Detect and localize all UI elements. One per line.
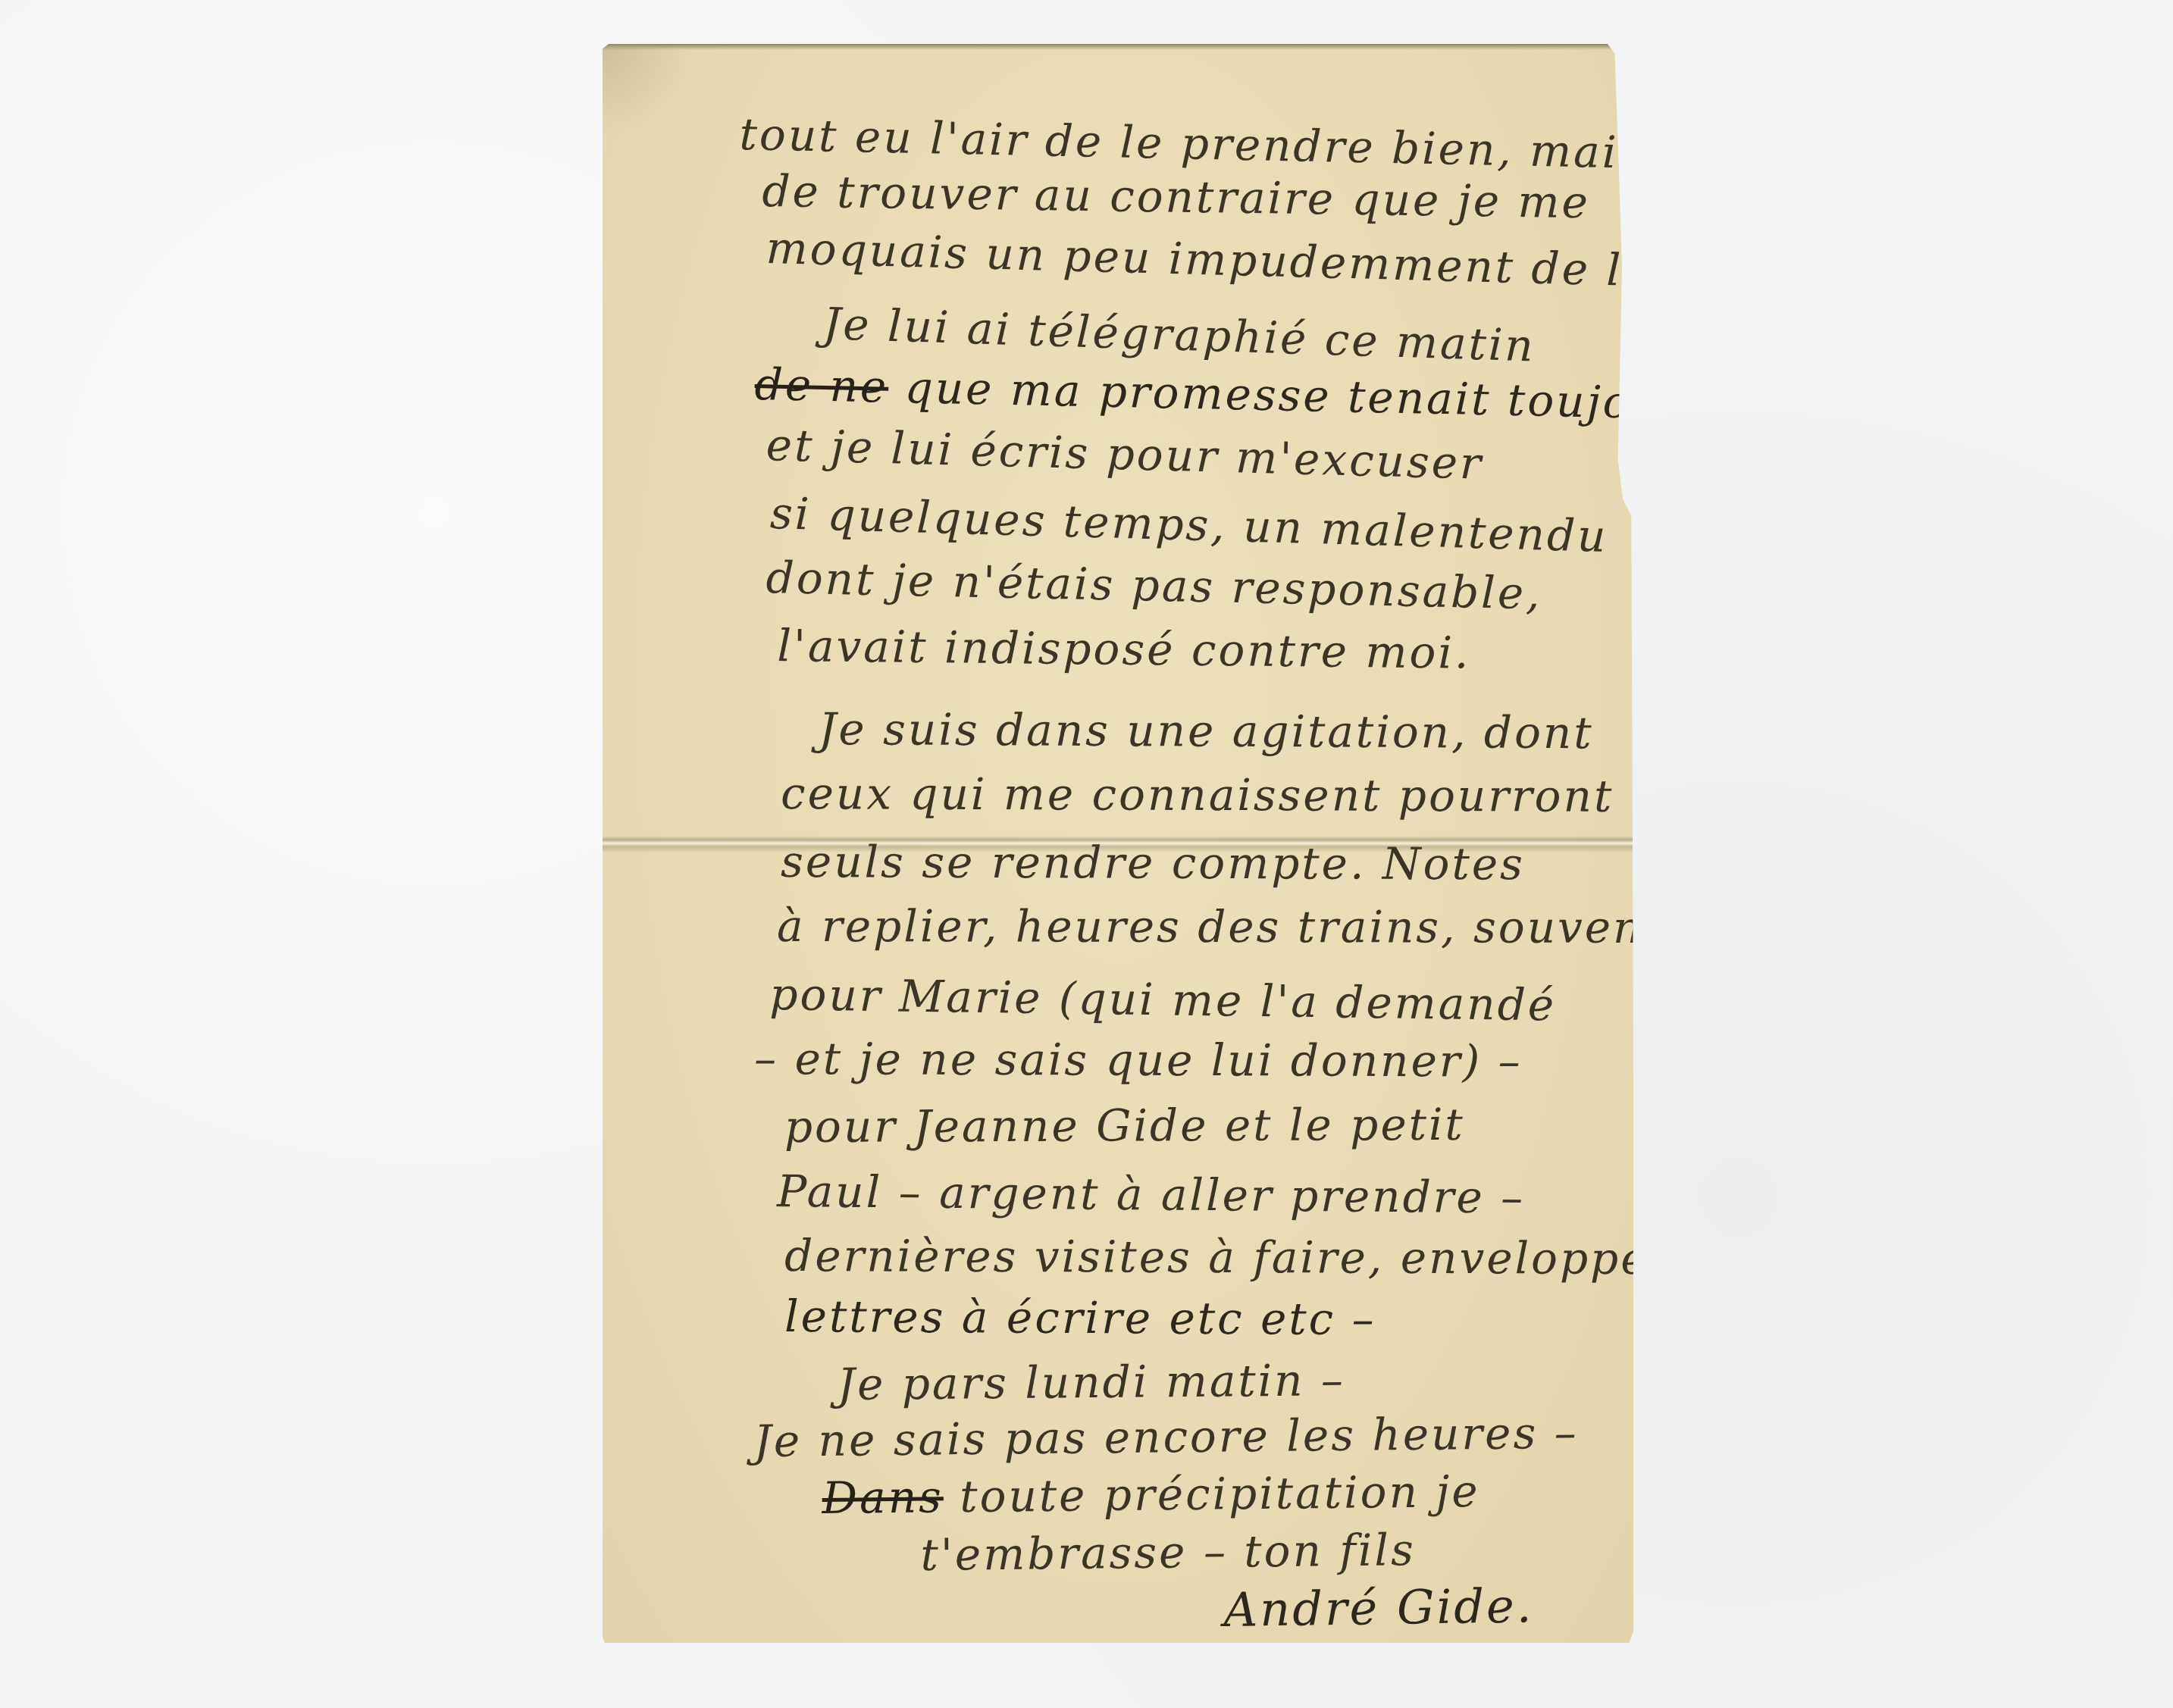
letter-line: Je lui ai télégraphié ce matin [822, 298, 1536, 371]
letter-line: pour Marie (qui me l'a demandé [769, 968, 1557, 1031]
letter-line: à replier, heures des trains, souvenirs [777, 900, 1708, 953]
line-text: que ma promesse tenait toujours [904, 361, 1711, 430]
letter-line: moquais un peu impudemment de lui. [766, 222, 1686, 298]
struck-text: Dans [822, 1471, 944, 1524]
letter-line: seuls se rendre compte. Notes [781, 836, 1525, 890]
letter-page: tout eu l'air de le prendre bien, mais d… [603, 44, 1633, 1643]
letter-line: dernières visites à faire, enveloppes – [784, 1230, 1714, 1284]
signature: André Gide. [1223, 1578, 1534, 1638]
letter-line: Je pars lundi matin – [837, 1354, 1345, 1410]
letter-line: l'avait indisposé contre moi. [777, 620, 1471, 679]
letter-line: t'embrasse – ton fils [920, 1524, 1416, 1581]
struck-text: de ne [754, 358, 889, 413]
letter-line: Je suis dans une agitation, dont [819, 703, 1594, 759]
letter-line: Dans toute précipitation je [822, 1466, 1480, 1524]
letter-line: de trouver au contraire que je me [762, 165, 1590, 228]
letter-line: – et je ne sais que lui donner) – [754, 1033, 1523, 1087]
letter-line: si quelques temps, un malentendu [769, 487, 1608, 562]
letter-line: dont je n'étais pas responsable, [766, 552, 1542, 619]
letter-line: Paul – argent à aller prendre – [777, 1165, 1526, 1224]
letter-line: et je lui écris pour m'excuser [766, 419, 1484, 490]
line-text: toute précipitation je [960, 1466, 1480, 1522]
letter-body: tout eu l'air de le prendre bien, mais d… [603, 44, 1633, 1643]
letter-line: de ne que ma promesse tenait toujours [754, 358, 1711, 430]
letter-line: Je ne sais pas encore les heures – [753, 1407, 1579, 1467]
letter-line: ceux qui me connaissent pourront [781, 768, 1614, 822]
letter-line: pour Jeanne Gide et le petit [784, 1099, 1465, 1153]
letter-line: lettres à écrire etc etc – [784, 1290, 1376, 1345]
